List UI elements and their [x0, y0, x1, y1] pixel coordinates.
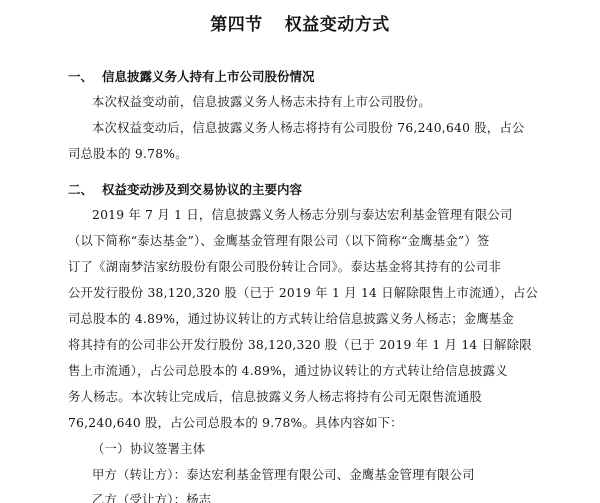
heading-2-number: 二、 [68, 180, 102, 198]
paragraph-line: 司总股本的 9.78%。 [68, 144, 530, 162]
paragraph-line: 务人杨志。本次转让完成后，信息披露义务人杨志将持有公司无限售流通股 [68, 387, 530, 405]
party-b-line: 乙方（受让方）：杨志 [92, 490, 554, 503]
document-page: 第四节权益变动方式 一、信息披露义务人持有上市公司股份情况 本次权益变动前，信息… [0, 0, 600, 503]
subheading-1-text: 协议签署主体 [130, 442, 205, 456]
paragraph-line: 售上市流通），占公司总股本的 4.89%，通过协议转让的方式转让给信息披露义 [68, 361, 530, 379]
paragraph-line: 76,240,640 股，占公司总股本的 9.78%。具体内容如下： [68, 413, 530, 431]
section-number: 第四节 [210, 15, 263, 35]
heading-2-text: 权益变动涉及到交易协议的主要内容 [102, 182, 302, 197]
section-title: 第四节权益变动方式 [0, 10, 600, 35]
paragraph-line: 2019 年 7 月 1 日，信息披露义务人杨志分别与泰达宏利基金管理有限公司 [92, 205, 530, 223]
party-a-line: 甲方（转让方）：泰达宏利基金管理有限公司、金鹰基金管理有限公司 [92, 465, 554, 483]
section-title-text: 权益变动方式 [285, 15, 390, 35]
heading-2: 二、权益变动涉及到交易协议的主要内容 [68, 180, 302, 198]
subheading-1: （一）协议签署主体 [92, 439, 554, 457]
heading-1-text: 信息披露义务人持有上市公司股份情况 [102, 69, 315, 84]
paragraph-line: 本次权益变动前，信息披露义务人杨志未持有上市公司股份。 [92, 92, 554, 110]
paragraph-line: 将其持有的公司非公开发行股份 38,120,320 股（已于 2019 年 1 … [68, 335, 530, 353]
paragraph-line: 本次权益变动后，信息披露义务人杨志将持有公司股份 76,240,640 股，占公 [92, 118, 530, 136]
subheading-1-number: （一） [92, 439, 130, 457]
heading-1-number: 一、 [68, 67, 102, 85]
paragraph-line: 公开发行股份 38,120,320 股（已于 2019 年 1 月 14 日解除… [68, 283, 530, 301]
paragraph-line: 司总股本的 4.89%，通过协议转让的方式转让给信息披露义务人杨志；金鹰基金 [68, 309, 530, 327]
paragraph-line: （以下简称“泰达基金”）、金鹰基金管理有限公司（以下简称“金鹰基金”）签 [68, 231, 530, 249]
paragraph-line: 订了《湖南梦洁家纺股份有限公司股份转让合同》。泰达基金将其持有的公司非 [68, 257, 530, 275]
heading-1: 一、信息披露义务人持有上市公司股份情况 [68, 67, 315, 85]
